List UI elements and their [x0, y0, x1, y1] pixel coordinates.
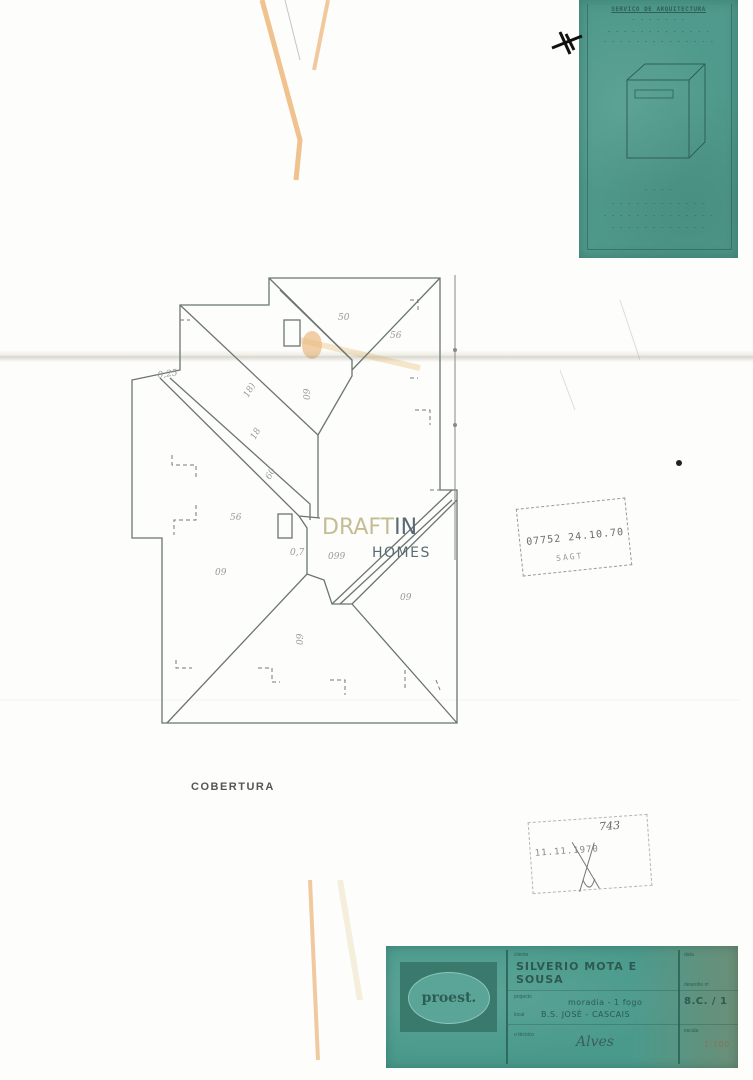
logo-text: proest. — [422, 990, 477, 1006]
registration-stamp: 07752 24.10.70 SAGT — [516, 497, 633, 576]
watermark-logo: DRAFTIN HOMES — [322, 515, 417, 540]
scale-label: escala — [684, 1028, 698, 1034]
scale-value: 1:100 — [704, 1040, 730, 1049]
watermark-draft: DRAFT — [322, 515, 394, 540]
svg-text:0,25: 0,25 — [157, 368, 179, 381]
date-label: data — [684, 952, 694, 958]
svg-text:09: 09 — [303, 388, 313, 400]
svg-text:56: 56 — [230, 513, 242, 523]
svg-text:09: 09 — [400, 593, 412, 603]
drawing-no: 8.C. / 1 — [684, 996, 727, 1007]
plan-title: COBERTURA — [191, 781, 275, 793]
row-divider — [508, 1024, 738, 1025]
title-block-divider — [678, 950, 680, 1064]
client-name: SILVERIO MOTA E SOUSA — [516, 960, 666, 986]
project-label: projecto — [514, 994, 532, 1000]
signature: Alves — [576, 1034, 614, 1050]
project-value: moradia - 1 fogo — [568, 998, 642, 1007]
svg-text:0,7: 0,7 — [290, 548, 305, 558]
watermark-in: IN — [394, 515, 417, 540]
svg-text:09: 09 — [296, 633, 306, 645]
svg-text:60: 60 — [264, 466, 279, 481]
drawing-no-label: desenho nº — [684, 982, 709, 988]
svg-text:099: 099 — [328, 552, 345, 562]
title-block: proest. cliente SILVERIO MOTA E SOUSA pr… — [386, 946, 738, 1068]
location-label: local — [514, 1012, 524, 1018]
ink-dot — [676, 460, 682, 466]
stamp-number: 07752 24.10.70 — [526, 527, 625, 548]
proest-logo: proest. — [400, 962, 497, 1032]
watermark-homes: HOMES — [372, 545, 431, 561]
svg-text:18: 18 — [249, 426, 264, 441]
svg-text:18): 18) — [241, 381, 258, 400]
row-divider — [508, 990, 738, 991]
location-value: B.S. JOSÉ - CASCAIS — [541, 1010, 630, 1019]
roof-plan-drawing: 0,25 18) 18 60 56 09 099 09 50 56 09 09 … — [0, 0, 753, 1080]
svg-text:09: 09 — [215, 568, 227, 578]
logo-oval: proest. — [408, 972, 490, 1024]
stamp-sub: SAGT — [556, 551, 584, 563]
stamp-handwritten: 743 — [599, 819, 621, 833]
client-label: cliente — [514, 952, 528, 958]
title-block-divider — [506, 950, 508, 1064]
svg-text:56: 56 — [390, 331, 402, 341]
stamp-scribble — [570, 838, 604, 895]
signature-label: o técnico — [514, 1032, 534, 1038]
svg-text:50: 50 — [338, 313, 350, 323]
date-stamp: 743 11.11.1970 — [528, 814, 653, 894]
